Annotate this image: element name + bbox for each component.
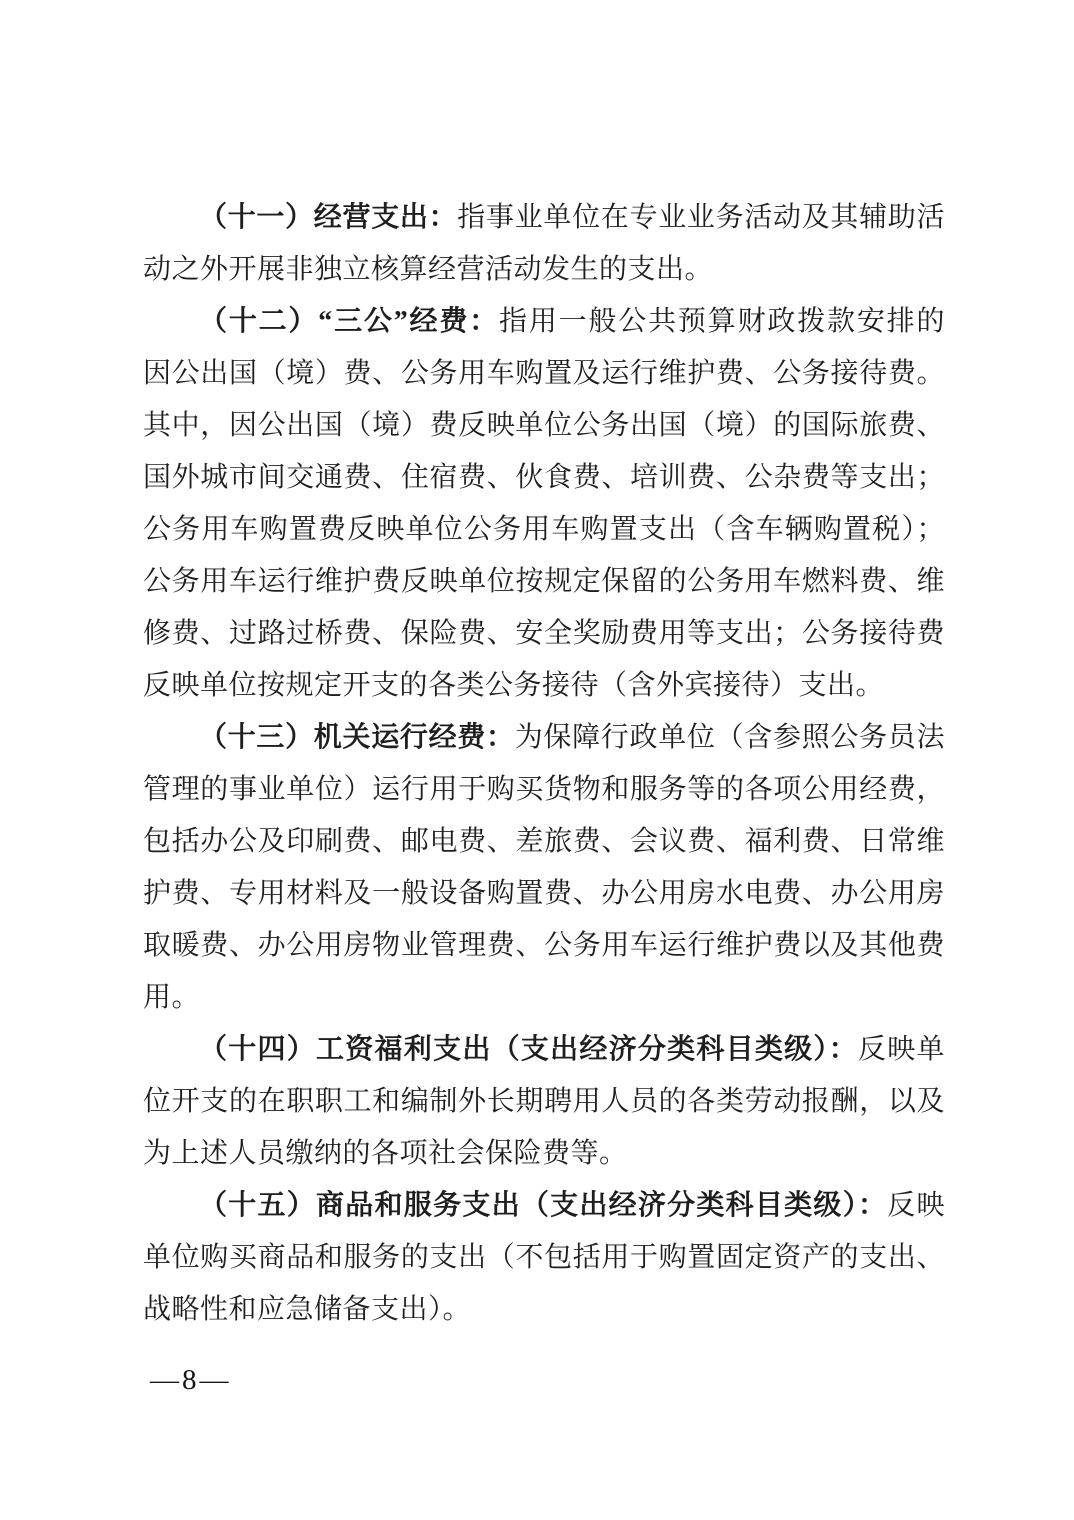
text-line: 管理的事业单位）运行用于购买货物和服务等的各项公用经费，	[143, 764, 945, 816]
body-text: 护费、专用材料及一般设备购置费、办公用房水电费、办公用房	[143, 878, 945, 909]
text-line: 公务用车购置费反映单位公务用车购置支出（含车辆购置税）；	[143, 504, 945, 556]
body-text: 管理的事业单位）运行用于购买货物和服务等的各项公用经费，	[143, 774, 945, 805]
text-line: 为上述人员缴纳的各项社会保险费等。	[143, 1128, 945, 1180]
body-text: 国外城市间交通费、住宿费、伙食费、培训费、公杂费等支出；	[143, 462, 945, 493]
body-text: 公务用车购置费反映单位公务用车购置支出（含车辆购置税）；	[143, 514, 945, 545]
text-line: 取暖费、办公用房物业管理费、公务用车运行维护费以及其他费	[143, 920, 945, 972]
text-line: 包括办公及印刷费、邮电费、差旅费、会议费、福利费、日常维	[143, 816, 945, 868]
heading-text: （十二）“三公”经费：	[199, 306, 499, 337]
text-line: 护费、专用材料及一般设备购置费、办公用房水电费、办公用房	[143, 868, 945, 920]
text-line: （十五）商品和服务支出（支出经济分类科目类级）：反映	[143, 1180, 945, 1232]
body-text: 取暖费、办公用房物业管理费、公务用车运行维护费以及其他费	[143, 930, 945, 961]
text-line: 反映单位按规定开支的各类公务接待（含外宾接待）支出。	[143, 660, 945, 712]
body-text: 反映单	[858, 1034, 945, 1065]
heading-text: （十五）商品和服务支出（支出经济分类科目类级）：	[199, 1190, 887, 1221]
text-line: 动之外开展非独立核算经营活动发生的支出。	[143, 244, 945, 296]
body-text: 反映单位按规定开支的各类公务接待（含外宾接待）支出。	[143, 670, 884, 701]
heading-text: （十四）工资福利支出（支出经济分类科目类级）：	[199, 1034, 858, 1065]
body-text: 战略性和应急储备支出）。	[143, 1294, 471, 1325]
text-line: 用。	[143, 972, 945, 1024]
text-line: 修费、过路过桥费、保险费、安全奖励费用等支出；公务接待费	[143, 608, 945, 660]
text-line: 因公出国（境）费、公务用车购置及运行维护费、公务接待费。	[143, 348, 945, 400]
body-text: 反映	[887, 1190, 945, 1221]
text-line: （十二）“三公”经费：指用一般公共预算财政拨款安排的	[143, 296, 945, 348]
body-text: 指事业单位在专业业务活动及其辅助活	[457, 202, 945, 233]
body-text: 指用一般公共预算财政拨款安排的	[499, 306, 945, 337]
body-text: 包括办公及印刷费、邮电费、差旅费、会议费、福利费、日常维	[143, 826, 945, 857]
body-text: 为保障行政单位（含参照公务员法	[515, 722, 945, 753]
text-line: 战略性和应急储备支出）。	[143, 1284, 945, 1336]
text-line: 公务用车运行维护费反映单位按规定保留的公务用车燃料费、维	[143, 556, 945, 608]
body-text: 单位购买商品和服务的支出（不包括用于购置固定资产的支出、	[143, 1242, 945, 1273]
text-line: （十三）机关运行经费：为保障行政单位（含参照公务员法	[143, 712, 945, 764]
text-line: （十一）经营支出：指事业单位在专业业务活动及其辅助活	[143, 192, 945, 244]
body-text: 修费、过路过桥费、保险费、安全奖励费用等支出；公务接待费	[143, 618, 945, 649]
body-text: 位开支的在职职工和编制外长期聘用人员的各类劳动报酬，以及	[143, 1086, 945, 1117]
page-number: —8—	[150, 1360, 232, 1400]
body-text: 因公出国（境）费、公务用车购置及运行维护费、公务接待费。	[143, 358, 945, 389]
text-line: 位开支的在职职工和编制外长期聘用人员的各类劳动报酬，以及	[143, 1076, 945, 1128]
body-text: 为上述人员缴纳的各项社会保险费等。	[143, 1138, 628, 1169]
heading-text: （十一）经营支出：	[199, 202, 457, 233]
document-body: （十一）经营支出：指事业单位在专业业务活动及其辅助活动之外开展非独立核算经营活动…	[143, 192, 945, 1336]
body-text: 其中，因公出国（境）费反映单位公务出国（境）的国际旅费、	[143, 410, 945, 441]
heading-text: （十三）机关运行经费：	[199, 722, 515, 753]
text-line: 单位购买商品和服务的支出（不包括用于购置固定资产的支出、	[143, 1232, 945, 1284]
body-text: 公务用车运行维护费反映单位按规定保留的公务用车燃料费、维	[143, 566, 945, 597]
body-text: 用。	[143, 982, 200, 1013]
text-line: 国外城市间交通费、住宿费、伙食费、培训费、公杂费等支出；	[143, 452, 945, 504]
body-text: 动之外开展非独立核算经营活动发生的支出。	[143, 254, 713, 285]
text-line: 其中，因公出国（境）费反映单位公务出国（境）的国际旅费、	[143, 400, 945, 452]
text-line: （十四）工资福利支出（支出经济分类科目类级）：反映单	[143, 1024, 945, 1076]
document-page: （十一）经营支出：指事业单位在专业业务活动及其辅助活动之外开展非独立核算经营活动…	[0, 0, 1074, 1520]
